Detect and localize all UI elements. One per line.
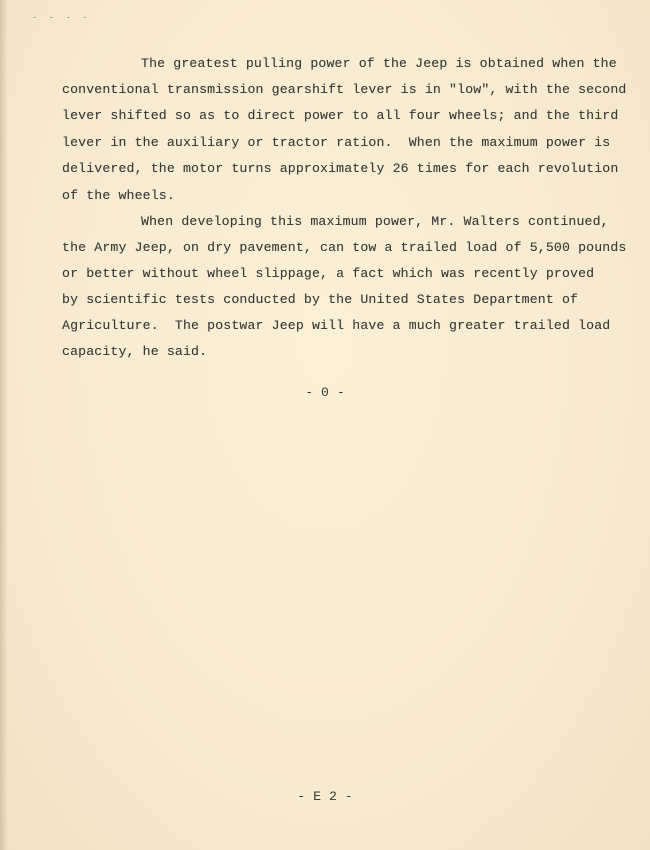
text-line: Agriculture. The postwar Jeep will have …	[62, 318, 610, 333]
text-line: or better without wheel slippage, a fact…	[62, 266, 594, 281]
text-line: the Army Jeep, on dry pavement, can tow …	[62, 240, 626, 255]
document-page: - - - - The greatest pulling power of th…	[0, 0, 650, 850]
corner-marks: - - - -	[32, 13, 91, 23]
text-line: capacity, he said.	[62, 344, 207, 359]
text-line: delivered, the motor turns approximately…	[62, 161, 618, 176]
text-line: of the wheels.	[62, 188, 175, 203]
text-line: When developing this maximum power, Mr. …	[141, 214, 609, 229]
text-line: conventional transmission gearshift leve…	[62, 82, 626, 97]
page-number: - E 2 -	[0, 789, 650, 804]
text-line: by scientific tests conducted by the Uni…	[62, 292, 578, 307]
page-edge-shadow	[0, 0, 8, 850]
text-line: lever in the auxiliary or tractor ration…	[62, 135, 610, 150]
text-line: lever shifted so as to direct power to a…	[62, 108, 618, 123]
end-mark: - 0 -	[0, 385, 650, 400]
text-line: The greatest pulling power of the Jeep i…	[141, 56, 617, 71]
